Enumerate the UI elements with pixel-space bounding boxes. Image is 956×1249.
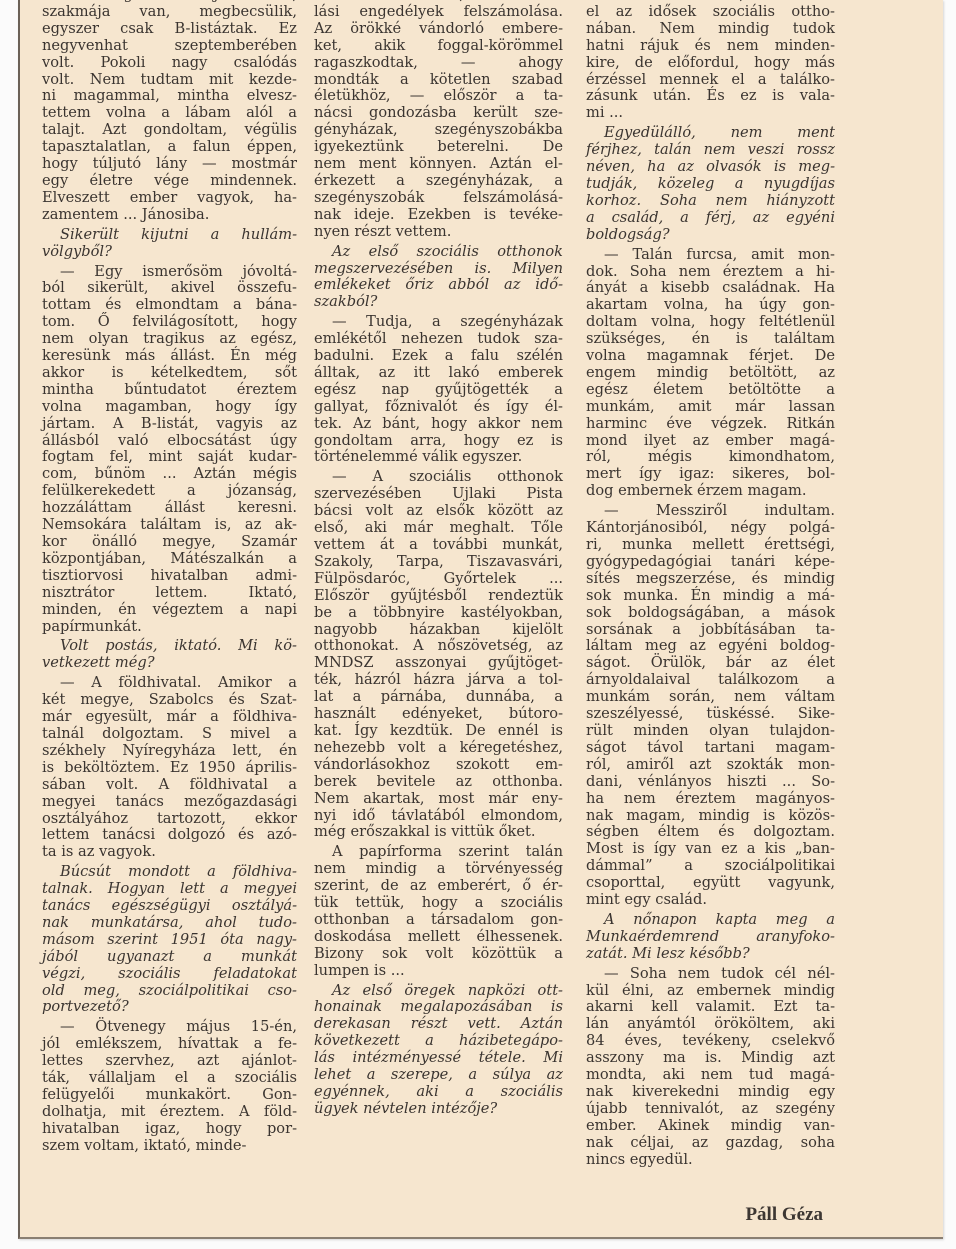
text-line: lehet a szerepe, a súlya az <box>314 1067 563 1084</box>
text-line: papírmunkát. <box>42 619 297 636</box>
text-line: ta is az vagyok. <box>42 844 297 861</box>
text-line: is beköltöztem. Ez 1950 április- <box>42 760 297 777</box>
text-line: zamentem ... Jánosiba. <box>42 207 297 224</box>
text-line: nagyobb házakban kijelölt <box>314 622 563 639</box>
text-line: tanács egészségügyi osztályá- <box>42 898 297 915</box>
text-line: akarni kell valamit. Ezt ta- <box>586 999 835 1016</box>
text-line: ságot távol tartani magam- <box>586 740 835 757</box>
text-line: használt edényeket, bútoro- <box>314 706 563 723</box>
text-line: vetkezett még? <box>42 655 297 672</box>
text-line: Fülpösdaróc, Győrtelek ... <box>314 571 563 588</box>
text-line: mi ... <box>586 105 835 122</box>
text-line: lán anyámtól örököltem, aki <box>586 1016 835 1033</box>
text-line: mondta, aki nem tud magá- <box>586 1067 835 1084</box>
text-line: korhoz. Soha nem hiányzott <box>586 193 835 210</box>
text-line: következett a házibetegápo- <box>314 1033 563 1050</box>
text-line: sítés megszerzése, és mindig <box>586 571 835 588</box>
text-line: lat a párnába, dunnába, a <box>314 689 563 706</box>
text-line: munkám, amit már lassan <box>586 399 835 416</box>
text-line: jártam. A B-listát, vagyis az <box>42 416 297 433</box>
text-line: hozzáláttam állást keresni. <box>42 500 297 517</box>
article-column-3: — ... emberekkel, akik élnekel az idősek… <box>586 0 835 1169</box>
text-line: szakmája van, megbecsülik, <box>42 4 297 21</box>
text-line: lettem tanácsi dolgozó és azó- <box>42 827 297 844</box>
text-line: egész életem betöltötte a <box>586 382 835 399</box>
text-line: Kántorjánosiból, négy polgá- <box>586 520 835 537</box>
text-line: gondoltam arra, hogy ez is <box>314 433 563 450</box>
text-line: Bizony sok volt közöttük a <box>314 946 563 963</box>
text-line: dolhatja, mit éreztem. A föld- <box>42 1104 297 1121</box>
text-line: gényházak, szegényszobákba <box>314 122 563 139</box>
text-line: bácsi volt az elsők között az <box>314 503 563 520</box>
text-line: kire, de előfordul, hogy más <box>586 55 835 72</box>
text-line: Elveszett ember vagyok, ha- <box>42 190 297 207</box>
interview-answer: — Messziről indultam.Kántorjánosiból, né… <box>586 503 835 909</box>
interview-answer: — A földhivatal. Amikor akét megye, Szab… <box>42 675 297 861</box>
text-line: rült minden olyan tulajdon- <box>586 723 835 740</box>
text-line: szeszélyessé, tüskéssé. Sike- <box>586 706 835 723</box>
text-line: szerint, de az emberért, ő ér- <box>314 878 563 895</box>
text-line: vettem át a további munkát, <box>314 537 563 554</box>
text-line: végzi, szociális feladatokat <box>42 966 297 983</box>
text-line: állásból való elbocsátást úgy <box>42 433 297 450</box>
text-line: volt. Pokoli nagy csalódás <box>42 55 297 72</box>
text-line: igyekeztünk beterelni. De <box>314 139 563 156</box>
text-line: Egyedülálló, nem ment <box>586 125 835 142</box>
text-line: nem olyan tragikus az egész, <box>42 331 297 348</box>
text-line: tisztiorvosi hivatalban admi- <box>42 568 297 585</box>
text-line: tudják, közeleg a nyugdíjas <box>586 176 835 193</box>
text-line: honainak megalapozásában is <box>314 999 563 1016</box>
text-line: ni magammal, mintha elvesz- <box>42 88 297 105</box>
text-line: volt. Nem tudtam mit kezde- <box>42 72 297 89</box>
text-line: zatát. Mi lesz később? <box>586 946 835 963</box>
text-line: badulni. Ezek a falu szélén <box>314 348 563 365</box>
text-line: tük tettük, hogy a szociális <box>314 895 563 912</box>
text-line: mert így igaz: sikeres, bol- <box>586 466 835 483</box>
text-line: árnyoldalaival találkozom a <box>586 672 835 689</box>
text-line: nak céljai, az gazdag, soha <box>586 1135 835 1152</box>
text-line: old meg, szociálpolitikai cso- <box>42 983 297 1000</box>
text-line: már egyesült, már a földhiva- <box>42 709 297 726</box>
text-line: emlékeket őriz abból az idő- <box>314 277 563 294</box>
text-line: talajt. Azt gondoltam, végülis <box>42 122 297 139</box>
text-line: egyszer csak B-listáztak. Ez <box>42 21 297 38</box>
text-line: Munkaérdemrend aranyfoko- <box>586 929 835 946</box>
text-line: nak magam, mindig is közös- <box>586 808 835 825</box>
text-line: asszony ma is. Mindig azt <box>586 1050 835 1067</box>
text-line: történelemmé válik egyszer. <box>314 449 563 466</box>
text-line: otthonban a társadalom gon- <box>314 912 563 929</box>
text-line: nak kiverekedni mindig egy <box>586 1084 835 1101</box>
text-line: ták, vállaljam el a szociális <box>42 1070 297 1087</box>
text-line: láltam meg az egyéni boldog- <box>586 638 835 655</box>
text-line: — Soha nem tudok cél nél- <box>586 966 835 983</box>
text-line: másom szerint 1951 óta nagy- <box>42 932 297 949</box>
interview-answer: — Talán furcsa, amit mon-dok. Soha nem é… <box>586 247 835 501</box>
text-line: lettes szervhez, azt ajánlot- <box>42 1053 297 1070</box>
text-line: ságot. Örülök, bár az élet <box>586 655 835 672</box>
interview-answer: A papírforma szerint talánnem mindig a t… <box>314 844 563 979</box>
interview-answer: aki megáll a saját lábán,szakmája van, m… <box>42 0 297 224</box>
text-line: minden, én végeztem a napi <box>42 602 297 619</box>
text-line: — Egy ismerősöm jóvoltá- <box>42 264 297 281</box>
text-line: berek bevitele az otthonba. <box>314 774 563 791</box>
text-line: tottam és elmondtam a bána- <box>42 297 297 314</box>
text-line: völgyből? <box>42 244 297 261</box>
text-line: hogy túljutó lány — mostmár <box>42 156 297 173</box>
text-line: mint egy család. <box>586 892 835 909</box>
interview-answer: — Soha nem tudok cél nél-kül élni, az em… <box>586 966 835 1169</box>
text-line: A papírforma szerint talán <box>314 844 563 861</box>
text-line: hivatalban igaz, hogy por- <box>42 1121 297 1138</box>
text-line: tettem volna a lábam alól a <box>42 105 297 122</box>
text-line: ból sikerült, akivel összefu- <box>42 280 297 297</box>
text-line: volna magamnak férjet. De <box>586 348 835 365</box>
text-line: hatni rájuk és nem minden- <box>586 38 835 55</box>
text-line: vándorlásokhoz szokott em- <box>314 757 563 774</box>
text-line: MNDSZ asszonyai gyűjtöget- <box>314 655 563 672</box>
text-line: akartam volna, ha úgy gon- <box>586 297 835 314</box>
interview-answer: — Ötvenegy május 15-én,jól emlékszem, hí… <box>42 1019 297 1154</box>
text-line: ték, házról házra járva a tol- <box>314 672 563 689</box>
text-line: ri, munka mellett érettségi, <box>586 537 835 554</box>
text-line: ról, amiről azt szokták mon- <box>586 757 835 774</box>
text-line: szakból? <box>314 294 563 311</box>
interview-question: A nőnapon kapta meg aMunkaérdemrend aran… <box>586 912 835 963</box>
text-line: ügyek névtelen intézője? <box>314 1101 563 1118</box>
text-line: — Tudja, a szegényházak <box>314 314 563 331</box>
text-line: doltam volna, hogy feltétlenül <box>586 314 835 331</box>
text-line: dani, vénlányos hiszti ... So- <box>586 774 835 791</box>
text-line: jából ugyanazt a munkát <box>42 949 297 966</box>
text-line: ségben éltem és dolgoztam. <box>586 824 835 841</box>
text-line: nincs egyedül. <box>586 1152 835 1169</box>
text-line: csoporttal, együtt vagyunk, <box>586 875 835 892</box>
text-line: felügyelői munkakört. Gon- <box>42 1087 297 1104</box>
text-line: — A földhivatal. Amikor a <box>42 675 297 692</box>
text-line: központjában, Mátészalkán a <box>42 551 297 568</box>
text-line: álltak, az itt lakó emberek <box>314 365 563 382</box>
text-line: osztályához tartozott, ekkor <box>42 811 297 828</box>
text-line: sok boldogságában, a mások <box>586 605 835 622</box>
text-line: néven, ha az olvasók is meg- <box>586 159 835 176</box>
text-line: dámmal” a szociálpolitikai <box>586 858 835 875</box>
text-line: megszervezésében is. Milyen <box>314 261 563 278</box>
text-line: még erőszakkal is vittük őket. <box>314 824 563 841</box>
text-line: nem mindig a törvényesség <box>314 861 563 878</box>
text-line: el az idősek szociális ottho- <box>586 4 835 21</box>
author-signature: Páll Géza <box>745 1204 823 1226</box>
text-line: ragaszkodtak, — ahogy <box>314 55 563 72</box>
text-line: — Ötvenegy május 15-én, <box>42 1019 297 1036</box>
text-line: felülkerekedett a józanság, <box>42 483 297 500</box>
text-line: emlékétől nehezen tudok sza- <box>314 331 563 348</box>
text-line: kor önálló megye, Szamár <box>42 534 297 551</box>
text-line: Nemsokára találtam is, az ak- <box>42 517 297 534</box>
text-line: jól emlékszem, hívattak a fe- <box>42 1036 297 1053</box>
interview-question: Búcsút mondott a földhiva-talnak. Hogyan… <box>42 864 297 1016</box>
text-line: két megye, Szabolcs és Szat- <box>42 692 297 709</box>
text-line: keresünk más állást. Én még <box>42 348 297 365</box>
text-line: kat. Így kezdtük. De ennél is <box>314 723 563 740</box>
text-line: nak munkatársa, ahol tudo- <box>42 915 297 932</box>
text-line: munkám során, nem váltam <box>586 689 835 706</box>
text-line: nyen részt vettem. <box>314 224 563 241</box>
interview-answer: — ... emberekkel, akik élnekel az idősek… <box>586 0 835 122</box>
text-line: szegényszobák felszámolásá- <box>314 190 563 207</box>
text-line: egyénnek, aki a szociális <box>314 1084 563 1101</box>
text-line: Az első öregek napközi ott- <box>314 983 563 1000</box>
interview-answer: — A szociális otthonokszervezésében Ujla… <box>314 469 563 841</box>
text-line: nak ideje. Ezekben is tevéke- <box>314 207 563 224</box>
text-line: — Messziről indultam. <box>586 503 835 520</box>
text-line: ról, mégis kimondhatom, <box>586 449 835 466</box>
text-line: gallyat, főznivalót és így él- <box>314 399 563 416</box>
text-line: tapasztalatlan, a falun éppen, <box>42 139 297 156</box>
text-line: szem voltam, iktató, minde- <box>42 1138 297 1155</box>
text-line: ha nem éreztem magányos- <box>586 791 835 808</box>
text-line: harminc éve végzek. Ritkán <box>586 416 835 433</box>
text-line: ket, akik foggal-körömmel <box>314 38 563 55</box>
text-line: Az első szociális otthonok <box>314 244 563 261</box>
text-line: akkor is kételkedtem, sőt <box>42 365 297 382</box>
article-column-1: aki megáll a saját lábán,szakmája van, m… <box>42 0 297 1155</box>
text-line: ányát a kisebb családnak. Ha <box>586 280 835 297</box>
text-line: lumpen is ... <box>314 963 563 980</box>
text-line: — A szociális otthonok <box>314 469 563 486</box>
text-line: 84 éves, tevékeny, cselekvő <box>586 1033 835 1050</box>
text-line: zásunk után. És ez is vala- <box>586 88 835 105</box>
text-line: nisztrátor lettem. Iktató, <box>42 585 297 602</box>
text-line: sorsának a jobbításában ta- <box>586 622 835 639</box>
text-line: kül élni, az embernek mindig <box>586 983 835 1000</box>
interview-question: Volt postás, iktató. Mi kö-vetkezett még… <box>42 638 297 672</box>
text-line: doskodása mellett élhessenek. <box>314 929 563 946</box>
text-line: mondták a kötetlen szabad <box>314 72 563 89</box>
text-line: otthonokat. A nőszövetség, az <box>314 638 563 655</box>
text-line: ember. Akinek mindig van- <box>586 1118 835 1135</box>
text-line: első, aki már meghalt. Tőle <box>314 520 563 537</box>
text-line: a család, a férj, az egyéni <box>586 210 835 227</box>
text-line: székhely Nyíregyháza lett, én <box>42 743 297 760</box>
text-line: érzéssel mennek el a találko- <box>586 72 835 89</box>
text-line: sok munka. Én mindig a má- <box>586 588 835 605</box>
text-line: szervezésében Ujlaki Pista <box>314 486 563 503</box>
interview-question: Sikerült kijutni a hullám-völgyből? <box>42 227 297 261</box>
newspaper-clipping: aki megáll a saját lábán,szakmája van, m… <box>18 0 943 1239</box>
text-line: dog embernek érzem magam. <box>586 483 835 500</box>
text-line: Az örökké vándorló embere- <box>314 21 563 38</box>
text-line: Sikerült kijutni a hullám- <box>42 227 297 244</box>
text-line: volna magamban, hogy így <box>42 399 297 416</box>
text-line: engem mindig betöltött, az <box>586 365 835 382</box>
text-line: nem ment könnyen. Aztán el- <box>314 156 563 173</box>
text-line: dok. Soha nem éreztem a hi- <box>586 264 835 281</box>
text-line: derekasan részt vett. Aztán <box>314 1016 563 1033</box>
article-column-2: ... felszámolását, a hontalanlási engedé… <box>314 0 563 1118</box>
text-line: A nőnapon kapta meg a <box>586 912 835 929</box>
interview-question: Egyedülálló, nem mentférjhez, talán nem … <box>586 125 835 243</box>
text-line: boldogság? <box>586 227 835 244</box>
text-line: Búcsút mondott a földhiva- <box>42 864 297 881</box>
text-line: férjhez, talán nem veszi rossz <box>586 142 835 159</box>
text-line: nehezebb volt a kéregetéshez, <box>314 740 563 757</box>
text-line: tek. Az bánt, hogy akkor nem <box>314 416 563 433</box>
text-line: mintha bűntudatot éreztem <box>42 382 297 399</box>
text-line: negyvenhat szeptemberében <box>42 38 297 55</box>
text-line: talnak. Hogyan lett a megyei <box>42 881 297 898</box>
text-line: Nem akartak, most már eny- <box>314 791 563 808</box>
text-line: egy életre vége mindennek. <box>42 173 297 190</box>
text-line: mond ilyet az ember magá- <box>586 433 835 450</box>
text-line: szükséges, én is találtam <box>586 331 835 348</box>
text-line: Volt postás, iktató. Mi kö- <box>42 638 297 655</box>
text-line: egész nap gyűjtögették a <box>314 382 563 399</box>
text-line: újabb tennivalót, az szegény <box>586 1101 835 1118</box>
interview-answer: — Egy ismerősöm jóvoltá-ból sikerült, ak… <box>42 264 297 636</box>
text-line: Szakoly, Tarpa, Tiszavasvári, <box>314 554 563 571</box>
interview-question: Az első szociális otthonokmegszervezéséb… <box>314 244 563 312</box>
text-line: lási engedélyek felszámolása. <box>314 4 563 21</box>
interview-answer: — Tudja, a szegényházakemlékétől nehezen… <box>314 314 563 466</box>
text-line: Most is így van ez a kis „ban- <box>586 841 835 858</box>
text-line: tom. Ő felvilágosított, hogy <box>42 314 297 331</box>
text-line: com, bűnöm ... Aztán mégis <box>42 466 297 483</box>
text-line: — Talán furcsa, amit mon- <box>586 247 835 264</box>
text-line: megyei tanács mezőgazdasági <box>42 794 297 811</box>
text-line: Először gyűjtésből rendeztük <box>314 588 563 605</box>
text-line: életükhöz, — először a ta- <box>314 88 563 105</box>
text-line: fogtam fel, mint saját kudar- <box>42 449 297 466</box>
text-line: sában volt. A földhivatal a <box>42 777 297 794</box>
text-line: gyógypedagógiai tanári képe- <box>586 554 835 571</box>
text-line: be a többnyire kastélyokban, <box>314 605 563 622</box>
text-line: nácsi gondozásba került sze- <box>314 105 563 122</box>
text-line: érkezett a szegényházak, a <box>314 173 563 190</box>
interview-answer: ... felszámolását, a hontalanlási engedé… <box>314 0 563 241</box>
text-line: talnál dolgoztam. S mivel a <box>42 726 297 743</box>
text-line: nában. Nem mindig tudok <box>586 21 835 38</box>
text-line: nyi idő távlatából elmondom, <box>314 808 563 825</box>
text-line: portvezető? <box>42 999 297 1016</box>
interview-question: Az első öregek napközi ott-honainak mega… <box>314 983 563 1118</box>
text-line: lás intézményessé tétele. Mi <box>314 1050 563 1067</box>
